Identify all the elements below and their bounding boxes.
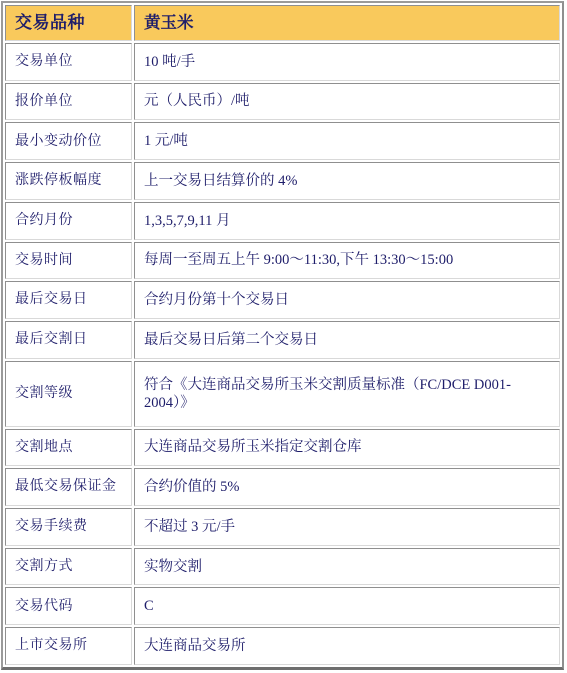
row-value: 合约价值的 5% (134, 468, 560, 506)
row-label: 合约月份 (5, 202, 132, 240)
row-label: 交割等级 (5, 361, 132, 427)
row-value: 1 元/吨 (134, 122, 560, 160)
row-value: C (134, 587, 560, 625)
row-value: 元（人民币）/吨 (134, 83, 560, 121)
row-label: 交割地点 (5, 429, 132, 467)
table-row: 涨跌停板幅度 上一交易日结算价的 4% (5, 162, 560, 200)
table-row: 最小变动价位 1 元/吨 (5, 122, 560, 160)
row-value: 符合《大连商品交易所玉米交割质量标准（FC/DCE D001-2004）》 (134, 361, 560, 427)
row-value: 不超过 3 元/手 (134, 508, 560, 546)
header-value: 黄玉米 (134, 5, 560, 41)
row-value: 大连商品交易所玉米指定交割仓库 (134, 429, 560, 467)
table-row: 交易代码 C (5, 587, 560, 625)
row-value: 10 吨/手 (134, 43, 560, 81)
row-label: 最后交易日 (5, 281, 132, 319)
row-label: 最低交易保证金 (5, 468, 132, 506)
header-label: 交易品种 (5, 5, 132, 41)
row-value: 最后交易日后第二个交易日 (134, 321, 560, 359)
table-row: 交割地点 大连商品交易所玉米指定交割仓库 (5, 429, 560, 467)
row-label: 交易单位 (5, 43, 132, 81)
row-label: 最后交割日 (5, 321, 132, 359)
table-row: 报价单位 元（人民币）/吨 (5, 83, 560, 121)
row-label: 涨跌停板幅度 (5, 162, 132, 200)
table-row: 交易手续费 不超过 3 元/手 (5, 508, 560, 546)
contract-spec-table: 交易品种 黄玉米 交易单位 10 吨/手 报价单位 元（人民币）/吨 最小变动价… (1, 1, 564, 670)
table-row: 合约月份 1,3,5,7,9,11 月 (5, 202, 560, 240)
table-row: 最后交易日 合约月份第十个交易日 (5, 281, 560, 319)
row-label: 交易代码 (5, 587, 132, 625)
table-row: 交易单位 10 吨/手 (5, 43, 560, 81)
row-label: 交易手续费 (5, 508, 132, 546)
row-value: 上一交易日结算价的 4% (134, 162, 560, 200)
row-value: 合约月份第十个交易日 (134, 281, 560, 319)
table-row: 最低交易保证金 合约价值的 5% (5, 468, 560, 506)
table-row: 交易时间 每周一至周五上午 9:00～11:30,下午 13:30～15:00 (5, 242, 560, 280)
table-row: 最后交割日 最后交易日后第二个交易日 (5, 321, 560, 359)
row-value: 大连商品交易所 (134, 627, 560, 665)
table-row: 上市交易所 大连商品交易所 (5, 627, 560, 665)
row-label: 交易时间 (5, 242, 132, 280)
table-row: 交割方式 实物交割 (5, 548, 560, 586)
row-label: 报价单位 (5, 83, 132, 121)
row-value: 实物交割 (134, 548, 560, 586)
table-header-row: 交易品种 黄玉米 (5, 5, 560, 41)
row-value: 每周一至周五上午 9:00～11:30,下午 13:30～15:00 (134, 242, 560, 280)
row-label: 最小变动价位 (5, 122, 132, 160)
row-label: 上市交易所 (5, 627, 132, 665)
table-row: 交割等级 符合《大连商品交易所玉米交割质量标准（FC/DCE D001-2004… (5, 361, 560, 427)
row-label: 交割方式 (5, 548, 132, 586)
row-value: 1,3,5,7,9,11 月 (134, 202, 560, 240)
